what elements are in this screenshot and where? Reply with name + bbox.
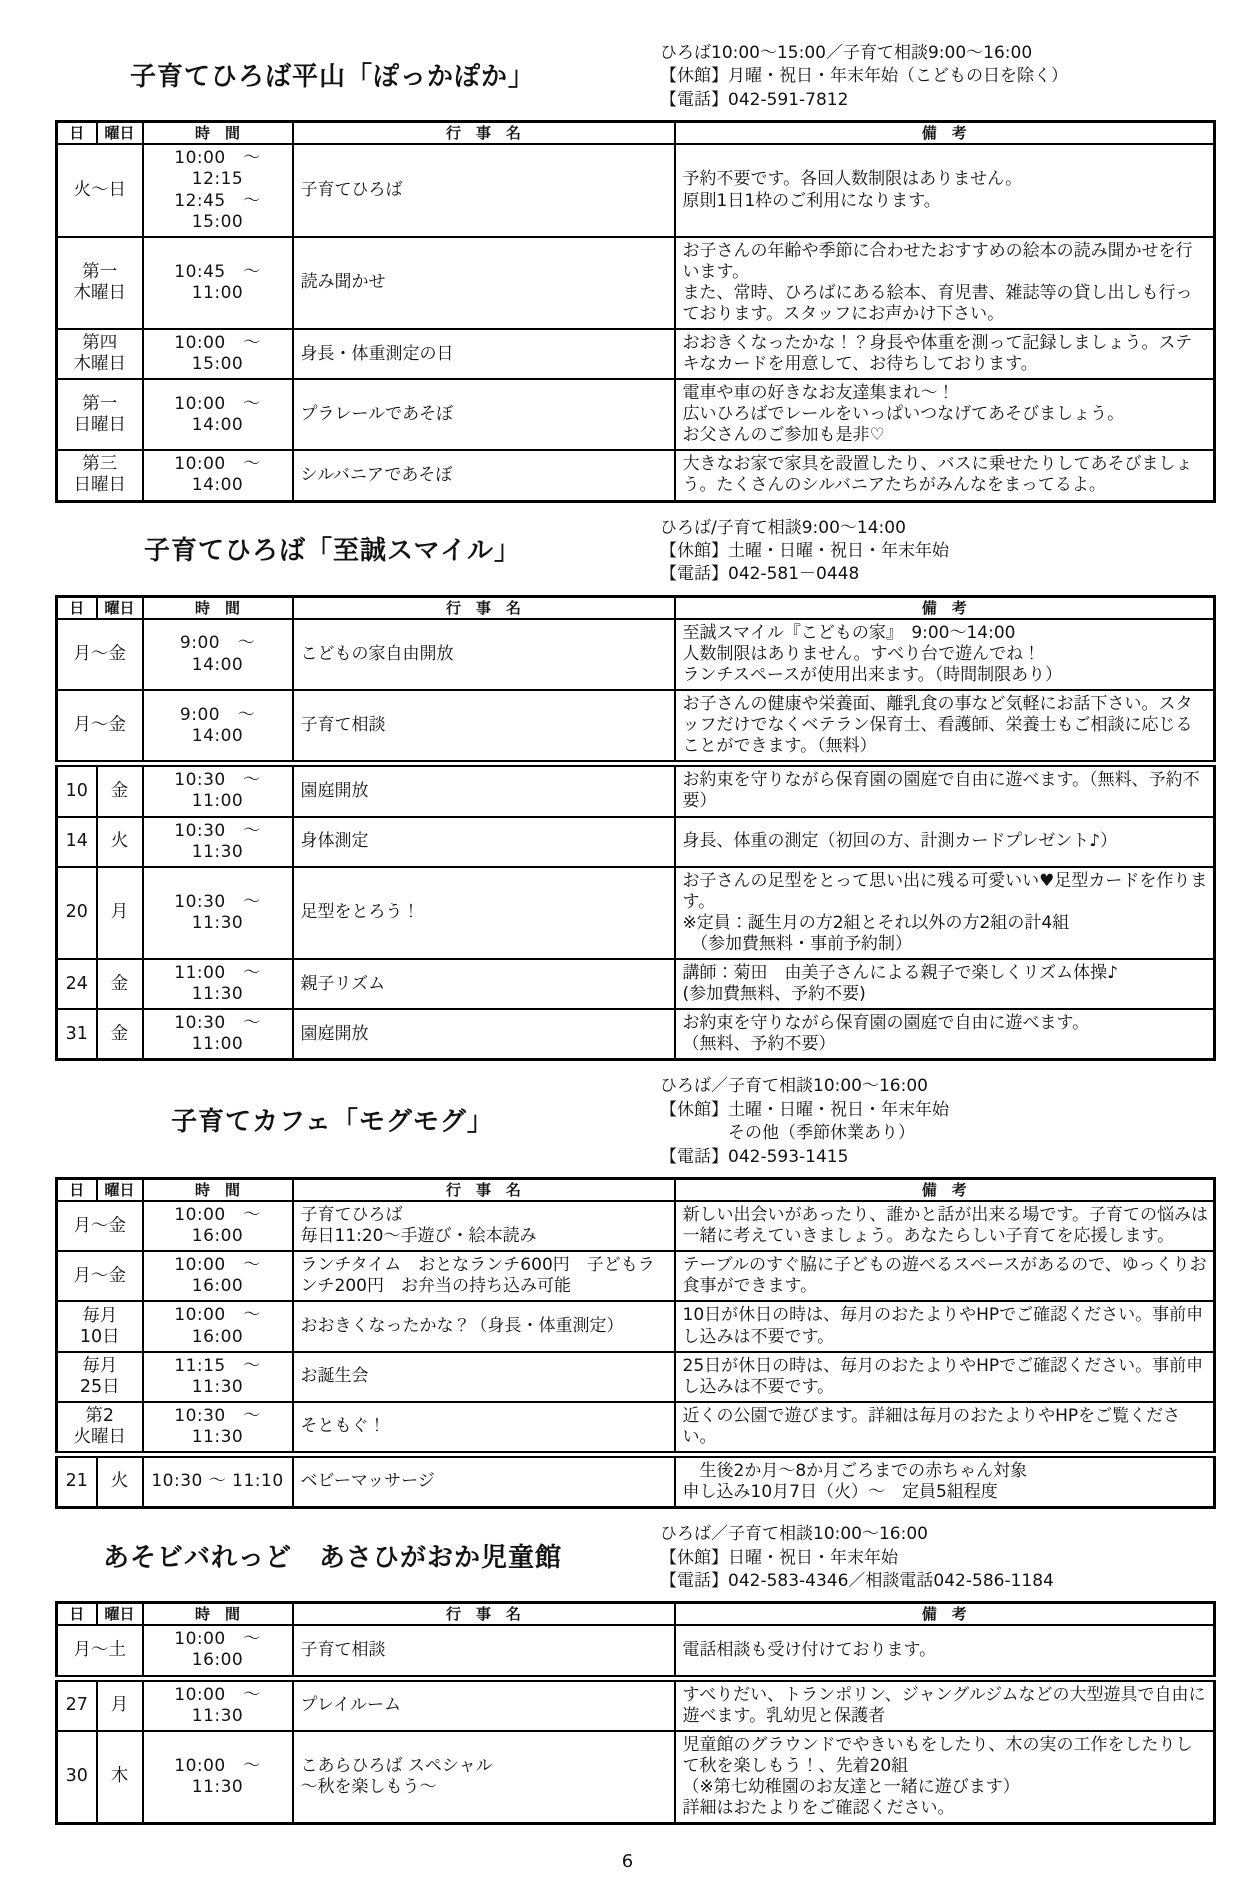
remark-line: お子さんの健康や栄養面、離乳食の事など気軽にお話下さい。スタッフだけでなくベテラ… bbox=[683, 694, 1210, 757]
time-line: 9:00 ～ 14:00 bbox=[148, 705, 288, 747]
remark-line: 至誠スマイル『こどもの家』 9:00～14:00 bbox=[683, 623, 1210, 644]
day-line: 月～金 bbox=[62, 644, 138, 665]
cell-remarks: 近くの公園で遊びます。詳細は毎月のおたよりやHPをご覧ください。 bbox=[675, 1402, 1215, 1455]
event-line: 足型をとろう！ bbox=[301, 902, 670, 923]
day-line: 10日 bbox=[62, 1327, 138, 1348]
day-line: 25日 bbox=[62, 1377, 138, 1398]
cell-day: 月～金 bbox=[57, 1251, 143, 1301]
cell-time: 10:00 ～ 14:00 bbox=[143, 450, 293, 501]
remark-line: (参加費無料、予約不要) bbox=[683, 984, 1210, 1005]
table-head: 日曜日時 間行 事 名備 考 bbox=[57, 1603, 1215, 1626]
facility-section: 子育てカフェ「モグモグ」ひろば／子育て相談10:00～16:00【休館】土曜・日… bbox=[0, 1075, 1255, 1509]
cell-time: 10:00 ～ 16:00 bbox=[143, 1251, 293, 1301]
table-row: 第三日曜日10:00 ～ 14:00シルバニアであそぼ大きなお家で家具を設置した… bbox=[57, 450, 1215, 501]
cell-time: 10:45 ～ 11:00 bbox=[143, 237, 293, 329]
cell-event: 身体測定 bbox=[293, 817, 675, 867]
col-header-weekday: 曜日 bbox=[97, 1603, 143, 1626]
cell-time: 10:30 ～ 11:30 bbox=[143, 1402, 293, 1455]
facility-section: 子育てひろば平山「ぽっかぽか」ひろば10:00～15:00／子育て相談9:00～… bbox=[0, 42, 1255, 503]
cell-weekday: 金 bbox=[97, 959, 143, 1009]
remark-line: また、常時、ひろばにある絵本、育児書、雑誌等の貸し出しも行っております。スタッフ… bbox=[683, 283, 1210, 325]
day-line: 21 bbox=[62, 1471, 92, 1492]
remark-line: 大きなお家で家具を設置したり、バスに乗せたりしてあそびましょう。たくさんのシルバ… bbox=[683, 454, 1210, 496]
event-line: ベビーマッサージ bbox=[301, 1471, 670, 1492]
facility-section: 子育てひろば「至誠スマイル」ひろば/子育て相談9:00～14:00【休館】土曜・… bbox=[0, 517, 1255, 1062]
table-row: 10金10:30 ～ 11:00園庭開放お約束を守りながら保育園の園庭で自由に遊… bbox=[57, 764, 1215, 817]
event-line: お誕生会 bbox=[301, 1366, 670, 1387]
table-row: 31金10:30 ～ 11:00園庭開放お約束を守りながら保育園の園庭で自由に遊… bbox=[57, 1009, 1215, 1060]
schedule-table: 日曜日時 間行 事 名備 考月～金9:00 ～ 14:00こどもの家自由開放至誠… bbox=[55, 595, 1216, 1061]
time-line: 10:00 ～ 16:00 bbox=[148, 1205, 288, 1247]
remark-line: 生後2か月～8か月ごろまでの赤ちゃん対象 bbox=[683, 1461, 1210, 1482]
cell-event: 子育て相談 bbox=[293, 1625, 675, 1678]
cell-day: 第一日曜日 bbox=[57, 379, 143, 450]
time-line: 10:30 ～ 11:00 bbox=[148, 770, 288, 812]
section-info: ひろば／子育て相談10:00～16:00【休館】土曜・日曜・祝日・年末年始 その… bbox=[610, 1075, 1213, 1169]
cell-time: 9:00 ～ 14:00 bbox=[143, 619, 293, 690]
info-line: ひろば／子育て相談10:00～16:00 bbox=[660, 1075, 1213, 1098]
col-header-remarks: 備 考 bbox=[675, 122, 1215, 145]
table-row: 14火10:30 ～ 11:30身体測定身長、体重の測定（初回の方、計測カードプ… bbox=[57, 817, 1215, 867]
cell-remarks: 電話相談も受け付けております。 bbox=[675, 1625, 1215, 1678]
cell-day: 月～金 bbox=[57, 619, 143, 690]
cell-weekday: 金 bbox=[97, 764, 143, 817]
remark-line: 人数制限はありません。すべり台で遊んでね！ bbox=[683, 644, 1210, 665]
cell-event: ランチタイム おとなランチ600円 子どもランチ200円 お弁当の持ち込み可能 bbox=[293, 1251, 675, 1301]
time-line: 10:30 ～ 11:30 bbox=[148, 1406, 288, 1448]
event-line: プレイルーム bbox=[301, 1695, 670, 1716]
info-line: その他（季節休業あり） bbox=[660, 1122, 1213, 1145]
table-row: 第四木曜日10:00 ～ 15:00身長・体重測定の日おおきくなったかな！？身長… bbox=[57, 329, 1215, 379]
time-line: 10:00 ～ 14:00 bbox=[148, 394, 288, 436]
info-line: 【休館】月曜・祝日・年末年始（こどもの日を除く） bbox=[660, 65, 1213, 88]
cell-day: 第三日曜日 bbox=[57, 450, 143, 501]
schedule-sections: 子育てひろば平山「ぽっかぽか」ひろば10:00～15:00／子育て相談9:00～… bbox=[0, 42, 1255, 1825]
cell-time: 9:00 ～ 14:00 bbox=[143, 690, 293, 764]
cell-remarks: お約束を守りながら保育園の園庭で自由に遊べます。（無料、予約不要） bbox=[675, 1009, 1215, 1060]
cell-time: 11:15 ～ 11:30 bbox=[143, 1352, 293, 1402]
table-row: 20月10:30 ～ 11:30足型をとろう！お子さんの足型をとって思い出に残る… bbox=[57, 867, 1215, 959]
table-head: 日曜日時 間行 事 名備 考 bbox=[57, 596, 1215, 619]
cell-remarks: お子さんの年齢や季節に合わせたおすすめの絵本の読み聞かせを行います。また、常時、… bbox=[675, 237, 1215, 329]
cell-remarks: 新しい出会いがあったり、誰かと話が出来る場です。子育ての悩みは一緒に考えていきま… bbox=[675, 1201, 1215, 1251]
table-row: 第一日曜日10:00 ～ 14:00プラレールであそぼ電車や車の好きなお友達集ま… bbox=[57, 379, 1215, 450]
cell-time: 11:00 ～ 11:30 bbox=[143, 959, 293, 1009]
section-info: ひろば/子育て相談9:00～14:00【休館】土曜・日曜・祝日・年末年始【電話】… bbox=[610, 517, 1213, 587]
remark-line: お父さんのご参加も是非♡ bbox=[683, 425, 1210, 446]
cell-remarks: すべりだい、トランポリン、ジャングルジムなどの大型遊具で自由に遊べます。乳幼児と… bbox=[675, 1678, 1215, 1731]
event-line: ～秋を楽しもう～ bbox=[301, 1777, 670, 1798]
col-header-weekday: 曜日 bbox=[97, 122, 143, 145]
cell-day: 火～日 bbox=[57, 144, 143, 236]
remark-line: 10日が休日の時は、毎月のおたよりやHPでご確認ください。事前申し込みは不要です… bbox=[683, 1305, 1210, 1347]
event-line: こどもの家自由開放 bbox=[301, 644, 670, 665]
time-line: 9:00 ～ 14:00 bbox=[148, 633, 288, 675]
col-header-time: 時 間 bbox=[143, 596, 293, 619]
remark-line: おおきくなったかな！？身長や体重を測って記録しましょう。ステキなカードを用意して… bbox=[683, 333, 1210, 375]
day-line: 月～金 bbox=[62, 1216, 138, 1237]
table-body: 月～土10:00 ～ 16:00子育て相談電話相談も受け付けております。27月1… bbox=[57, 1625, 1215, 1823]
cell-time: 10:00 ～ 16:00 bbox=[143, 1625, 293, 1678]
remark-line: お約束を守りながら保育園の園庭で自由に遊べます。（無料、予約不要） bbox=[683, 770, 1210, 812]
event-line: おおきくなったかな？（身長・体重測定） bbox=[301, 1316, 670, 1337]
day-line: 第一 bbox=[62, 262, 138, 283]
cell-remarks: 25日が休日の時は、毎月のおたよりやHPでご確認ください。事前申し込みは不要です… bbox=[675, 1352, 1215, 1402]
cell-time: 10:00 ～ 15:00 bbox=[143, 329, 293, 379]
cell-remarks: お約束を守りながら保育園の園庭で自由に遊べます。（無料、予約不要） bbox=[675, 764, 1215, 817]
table-row: 21火10:30 ～ 11:10ベビーマッサージ 生後2か月～8か月ごろまでの赤… bbox=[57, 1454, 1215, 1507]
remark-line: 原則1日1枠のご利用になります。 bbox=[683, 191, 1210, 212]
time-line: 10:00 ～ 16:00 bbox=[148, 1305, 288, 1347]
time-line: 11:00 ～ 11:30 bbox=[148, 963, 288, 1005]
info-line: 【電話】042-593-1415 bbox=[660, 1146, 1213, 1169]
cell-event: ベビーマッサージ bbox=[293, 1454, 675, 1507]
cell-time: 10:30 ～ 11:00 bbox=[143, 764, 293, 817]
col-header-day: 日 bbox=[57, 1603, 97, 1626]
day-line: 第四 bbox=[62, 333, 138, 354]
time-line: 10:30 ～ 11:30 bbox=[148, 892, 288, 934]
cell-event: 足型をとろう！ bbox=[293, 867, 675, 959]
header-row: 日曜日時 間行 事 名備 考 bbox=[57, 596, 1215, 619]
table-body: 月～金10:00 ～ 16:00子育てひろば毎日11:20～手遊び・絵本読み新し… bbox=[57, 1201, 1215, 1507]
section-header: 子育てカフェ「モグモグ」ひろば／子育て相談10:00～16:00【休館】土曜・日… bbox=[55, 1075, 1213, 1169]
event-line: こあらひろば スペシャル bbox=[301, 1756, 670, 1777]
remark-line: 新しい出会いがあったり、誰かと話が出来る場です。子育ての悩みは一緒に考えていきま… bbox=[683, 1205, 1210, 1247]
time-line: 12:45 ～ 15:00 bbox=[148, 191, 288, 233]
remark-line: お子さんの年齢や季節に合わせたおすすめの絵本の読み聞かせを行います。 bbox=[683, 241, 1210, 283]
cell-time: 10:30 ～ 11:30 bbox=[143, 817, 293, 867]
cell-day: 10 bbox=[57, 764, 97, 817]
day-line: 27 bbox=[62, 1695, 92, 1716]
day-line: 14 bbox=[62, 831, 92, 852]
cell-time: 10:30 ～ 11:00 bbox=[143, 1009, 293, 1060]
info-line: 【休館】土曜・日曜・祝日・年末年始 bbox=[660, 1099, 1213, 1122]
cell-day: 24 bbox=[57, 959, 97, 1009]
col-header-remarks: 備 考 bbox=[675, 596, 1215, 619]
day-line: 火曜日 bbox=[62, 1427, 138, 1448]
cell-event: 子育てひろば bbox=[293, 144, 675, 236]
cell-day: 毎月10日 bbox=[57, 1301, 143, 1351]
remark-line: 講師：菊田 由美子さんによる親子で楽しくリズム体操♪ bbox=[683, 963, 1210, 984]
event-line: 読み聞かせ bbox=[301, 272, 670, 293]
cell-day: 27 bbox=[57, 1678, 97, 1731]
day-line: 10 bbox=[62, 781, 92, 802]
day-line: 日曜日 bbox=[62, 415, 138, 436]
time-line: 10:30 ～ 11:30 bbox=[148, 821, 288, 863]
col-header-event: 行 事 名 bbox=[293, 122, 675, 145]
remark-line: 電話相談も受け付けております。 bbox=[683, 1640, 1210, 1661]
day-line: 火～日 bbox=[62, 180, 138, 201]
day-line: 31 bbox=[62, 1024, 92, 1045]
col-header-day: 日 bbox=[57, 1179, 97, 1202]
cell-time: 10:00 ～ 11:30 bbox=[143, 1731, 293, 1824]
table-body: 月～金9:00 ～ 14:00こどもの家自由開放至誠スマイル『こどもの家』 9:… bbox=[57, 619, 1215, 1060]
cell-time: 10:00 ～ 11:30 bbox=[143, 1678, 293, 1731]
section-info: ひろば10:00～15:00／子育て相談9:00～16:00【休館】月曜・祝日・… bbox=[610, 42, 1213, 112]
table-row: 毎月10日10:00 ～ 16:00おおきくなったかな？（身長・体重測定）10日… bbox=[57, 1301, 1215, 1351]
info-line: ひろば／子育て相談10:00～16:00 bbox=[660, 1523, 1213, 1546]
event-line: そともぐ！ bbox=[301, 1416, 670, 1437]
remark-line: 身長、体重の測定（初回の方、計測カードプレゼント♪） bbox=[683, 831, 1210, 852]
cell-event: こどもの家自由開放 bbox=[293, 619, 675, 690]
cell-weekday: 火 bbox=[97, 817, 143, 867]
cell-remarks: おおきくなったかな！？身長や体重を測って記録しましょう。ステキなカードを用意して… bbox=[675, 329, 1215, 379]
section-title: 子育てカフェ「モグモグ」 bbox=[55, 1107, 610, 1138]
cell-day: 月～金 bbox=[57, 690, 143, 764]
info-line: 【電話】042-591-7812 bbox=[660, 89, 1213, 112]
day-line: 毎月 bbox=[62, 1356, 138, 1377]
table-row: 30木10:00 ～ 11:30こあらひろば スペシャル～秋を楽しもう～児童館の… bbox=[57, 1731, 1215, 1824]
cell-event: シルバニアであそぼ bbox=[293, 450, 675, 501]
cell-day: 月～金 bbox=[57, 1201, 143, 1251]
col-header-weekday: 曜日 bbox=[97, 1179, 143, 1202]
section-title: 子育てひろば平山「ぽっかぽか」 bbox=[55, 62, 610, 93]
cell-time: 10:30 ～ 11:10 bbox=[143, 1454, 293, 1507]
cell-remarks: 身長、体重の測定（初回の方、計測カードプレゼント♪） bbox=[675, 817, 1215, 867]
day-line: 木曜日 bbox=[62, 283, 138, 304]
table-row: 月～金10:00 ～ 16:00ランチタイム おとなランチ600円 子どもランチ… bbox=[57, 1251, 1215, 1301]
day-line: 月～金 bbox=[62, 1266, 138, 1287]
col-header-time: 時 間 bbox=[143, 1603, 293, 1626]
cell-event: プラレールであそぼ bbox=[293, 379, 675, 450]
schedule-table: 日曜日時 間行 事 名備 考月～土10:00 ～ 16:00子育て相談電話相談も… bbox=[55, 1601, 1216, 1825]
remark-line: （無料、予約不要） bbox=[683, 1034, 1210, 1055]
header-row: 日曜日時 間行 事 名備 考 bbox=[57, 1179, 1215, 1202]
remark-line: ※定員：誕生月の方2組とそれ以外の方2組の計4組 bbox=[683, 913, 1210, 934]
cell-time: 10:00 ～ 16:00 bbox=[143, 1301, 293, 1351]
cell-remarks: 10日が休日の時は、毎月のおたよりやHPでご確認ください。事前申し込みは不要です… bbox=[675, 1301, 1215, 1351]
col-header-weekday: 曜日 bbox=[97, 596, 143, 619]
col-header-event: 行 事 名 bbox=[293, 596, 675, 619]
event-line: 毎日11:20～手遊び・絵本読み bbox=[301, 1226, 670, 1247]
col-header-day: 日 bbox=[57, 122, 97, 145]
cell-event: 読み聞かせ bbox=[293, 237, 675, 329]
cell-remarks: 講師：菊田 由美子さんによる親子で楽しくリズム体操♪(参加費無料、予約不要) bbox=[675, 959, 1215, 1009]
cell-remarks: 生後2か月～8か月ごろまでの赤ちゃん対象申し込み10月7日（火）～ 定員5組程度 bbox=[675, 1454, 1215, 1507]
cell-time: 10:00 ～ 16:00 bbox=[143, 1201, 293, 1251]
table-row: 火～日10:00 ～ 12:1512:45 ～ 15:00子育てひろば予約不要で… bbox=[57, 144, 1215, 236]
section-info: ひろば／子育て相談10:00～16:00【休館】日曜・祝日・年末年始【電話】04… bbox=[610, 1523, 1213, 1593]
page-number: 6 bbox=[0, 1851, 1255, 1892]
cell-event: 園庭開放 bbox=[293, 764, 675, 817]
col-header-event: 行 事 名 bbox=[293, 1603, 675, 1626]
remark-line: 25日が休日の時は、毎月のおたよりやHPでご確認ください。事前申し込みは不要です… bbox=[683, 1356, 1210, 1398]
col-header-remarks: 備 考 bbox=[675, 1179, 1215, 1202]
cell-weekday: 月 bbox=[97, 867, 143, 959]
info-line: ひろば/子育て相談9:00～14:00 bbox=[660, 517, 1213, 540]
remark-line: （参加費無料・事前予約制） bbox=[683, 934, 1210, 955]
table-body: 火～日10:00 ～ 12:1512:45 ～ 15:00子育てひろば予約不要で… bbox=[57, 144, 1215, 501]
event-line: ランチタイム おとなランチ600円 子どもランチ200円 お弁当の持ち込み可能 bbox=[301, 1255, 670, 1297]
cell-day: 月～土 bbox=[57, 1625, 143, 1678]
cell-weekday: 金 bbox=[97, 1009, 143, 1060]
day-line: 第三 bbox=[62, 454, 138, 475]
cell-event: お誕生会 bbox=[293, 1352, 675, 1402]
cell-time: 10:30 ～ 11:30 bbox=[143, 867, 293, 959]
cell-weekday: 火 bbox=[97, 1454, 143, 1507]
event-line: 園庭開放 bbox=[301, 1024, 670, 1045]
time-line: 10:45 ～ 11:00 bbox=[148, 262, 288, 304]
info-line: ひろば10:00～15:00／子育て相談9:00～16:00 bbox=[660, 42, 1213, 65]
day-line: 月～土 bbox=[62, 1640, 138, 1661]
info-line: 【電話】042-583-4346／相談電話042-586-1184 bbox=[660, 1570, 1213, 1593]
table-head: 日曜日時 間行 事 名備 考 bbox=[57, 1179, 1215, 1202]
event-line: プラレールであそぼ bbox=[301, 404, 670, 425]
table-row: 第2火曜日10:30 ～ 11:30そともぐ！近くの公園で遊びます。詳細は毎月の… bbox=[57, 1402, 1215, 1455]
event-line: 子育て相談 bbox=[301, 715, 670, 736]
cell-remarks: 予約不要です。各回人数制限はありません。原則1日1枠のご利用になります。 bbox=[675, 144, 1215, 236]
remark-line: 児童館のグラウンドでやきいもをしたり、木の実の工作をしたりして秋を楽しもう！、先… bbox=[683, 1735, 1210, 1777]
section-header: 子育てひろば「至誠スマイル」ひろば/子育て相談9:00～14:00【休館】土曜・… bbox=[55, 517, 1213, 587]
section-title: 子育てひろば「至誠スマイル」 bbox=[55, 536, 610, 567]
cell-weekday: 月 bbox=[97, 1678, 143, 1731]
section-header: 子育てひろば平山「ぽっかぽか」ひろば10:00～15:00／子育て相談9:00～… bbox=[55, 42, 1213, 112]
day-line: 日曜日 bbox=[62, 475, 138, 496]
event-line: 身体測定 bbox=[301, 831, 670, 852]
cell-day: 20 bbox=[57, 867, 97, 959]
time-line: 10:30 ～ 11:10 bbox=[148, 1471, 288, 1492]
cell-remarks: 電車や車の好きなお友達集まれ～！広いひろばでレールをいっぱいつなげてあそびましょ… bbox=[675, 379, 1215, 450]
time-line: 10:00 ～ 12:15 bbox=[148, 148, 288, 190]
event-line: 身長・体重測定の日 bbox=[301, 344, 670, 365]
schedule-page: 子育てひろば平山「ぽっかぽか」ひろば10:00～15:00／子育て相談9:00～… bbox=[0, 0, 1255, 1892]
remark-line: すべりだい、トランポリン、ジャングルジムなどの大型遊具で自由に遊べます。乳幼児と… bbox=[683, 1685, 1210, 1727]
cell-remarks: お子さんの健康や栄養面、離乳食の事など気軽にお話下さい。スタッフだけでなくベテラ… bbox=[675, 690, 1215, 764]
cell-day: 第四木曜日 bbox=[57, 329, 143, 379]
cell-event: そともぐ！ bbox=[293, 1402, 675, 1455]
day-line: 第一 bbox=[62, 394, 138, 415]
table-row: 毎月25日11:15 ～ 11:30お誕生会25日が休日の時は、毎月のおたよりや… bbox=[57, 1352, 1215, 1402]
event-line: シルバニアであそぼ bbox=[301, 465, 670, 486]
cell-day: 31 bbox=[57, 1009, 97, 1060]
header-row: 日曜日時 間行 事 名備 考 bbox=[57, 1603, 1215, 1626]
cell-remarks: 至誠スマイル『こどもの家』 9:00～14:00人数制限はありません。すべり台で… bbox=[675, 619, 1215, 690]
remark-line: 電車や車の好きなお友達集まれ～！ bbox=[683, 383, 1210, 404]
time-line: 10:00 ～ 16:00 bbox=[148, 1629, 288, 1671]
day-line: 30 bbox=[62, 1766, 92, 1787]
remark-line: 近くの公園で遊びます。詳細は毎月のおたよりやHPをご覧ください。 bbox=[683, 1406, 1210, 1448]
cell-day: 毎月25日 bbox=[57, 1352, 143, 1402]
remark-line: 広いひろばでレールをいっぱいつなげてあそびましょう。 bbox=[683, 404, 1210, 425]
remark-line: お約束を守りながら保育園の園庭で自由に遊べます。 bbox=[683, 1013, 1210, 1034]
table-row: 月～金9:00 ～ 14:00こどもの家自由開放至誠スマイル『こどもの家』 9:… bbox=[57, 619, 1215, 690]
section-title: あそビバれっど あさひがおか児童館 bbox=[55, 1543, 610, 1574]
cell-event: 子育て相談 bbox=[293, 690, 675, 764]
col-header-event: 行 事 名 bbox=[293, 1179, 675, 1202]
remark-line: 申し込み10月7日（火）～ 定員5組程度 bbox=[683, 1482, 1210, 1503]
cell-event: こあらひろば スペシャル～秋を楽しもう～ bbox=[293, 1731, 675, 1824]
cell-event: おおきくなったかな？（身長・体重測定） bbox=[293, 1301, 675, 1351]
cell-day: 14 bbox=[57, 817, 97, 867]
cell-remarks: お子さんの足型をとって思い出に残る可愛いい♥足型カードを作ります。※定員：誕生月… bbox=[675, 867, 1215, 959]
cell-event: 園庭開放 bbox=[293, 1009, 675, 1060]
remark-line: テーブルのすぐ脇に子どもの遊べるスペースがあるので、ゆっくりお食事ができます。 bbox=[683, 1255, 1210, 1297]
time-line: 10:00 ～ 16:00 bbox=[148, 1255, 288, 1297]
table-row: 27月10:00 ～ 11:30プレイルームすべりだい、トランポリン、ジャングル… bbox=[57, 1678, 1215, 1731]
table-row: 月～金9:00 ～ 14:00子育て相談お子さんの健康や栄養面、離乳食の事など気… bbox=[57, 690, 1215, 764]
remark-line: お子さんの足型をとって思い出に残る可愛いい♥足型カードを作ります。 bbox=[683, 871, 1210, 913]
cell-event: 子育てひろば毎日11:20～手遊び・絵本読み bbox=[293, 1201, 675, 1251]
event-line: 子育て相談 bbox=[301, 1640, 670, 1661]
cell-time: 10:00 ～ 12:1512:45 ～ 15:00 bbox=[143, 144, 293, 236]
day-line: 第2 bbox=[62, 1406, 138, 1427]
time-line: 10:00 ～ 11:30 bbox=[148, 1756, 288, 1798]
schedule-table: 日曜日時 間行 事 名備 考火～日10:00 ～ 12:1512:45 ～ 15… bbox=[55, 120, 1216, 502]
section-header: あそビバれっど あさひがおか児童館ひろば／子育て相談10:00～16:00【休館… bbox=[55, 1523, 1213, 1593]
time-line: 10:00 ～ 15:00 bbox=[148, 333, 288, 375]
cell-remarks: 児童館のグラウンドでやきいもをしたり、木の実の工作をしたりして秋を楽しもう！、先… bbox=[675, 1731, 1215, 1824]
cell-day: 21 bbox=[57, 1454, 97, 1507]
day-line: 月～金 bbox=[62, 715, 138, 736]
cell-remarks: 大きなお家で家具を設置したり、バスに乗せたりしてあそびましょう。たくさんのシルバ… bbox=[675, 450, 1215, 501]
event-line: 子育てひろば bbox=[301, 180, 670, 201]
event-line: 園庭開放 bbox=[301, 781, 670, 802]
remark-line: （※第七幼稚園のお友達と一緒に遊びます） bbox=[683, 1777, 1210, 1798]
info-line: 【電話】042-581－0448 bbox=[660, 563, 1213, 586]
time-line: 10:30 ～ 11:00 bbox=[148, 1013, 288, 1055]
info-line: 【休館】日曜・祝日・年末年始 bbox=[660, 1547, 1213, 1570]
col-header-time: 時 間 bbox=[143, 1179, 293, 1202]
remark-line: 予約不要です。各回人数制限はありません。 bbox=[683, 169, 1210, 190]
table-row: 月～金10:00 ～ 16:00子育てひろば毎日11:20～手遊び・絵本読み新し… bbox=[57, 1201, 1215, 1251]
cell-weekday: 木 bbox=[97, 1731, 143, 1824]
event-line: 親子リズム bbox=[301, 974, 670, 995]
day-line: 木曜日 bbox=[62, 354, 138, 375]
cell-day: 第2火曜日 bbox=[57, 1402, 143, 1455]
cell-day: 30 bbox=[57, 1731, 97, 1824]
time-line: 10:00 ～ 14:00 bbox=[148, 454, 288, 496]
time-line: 11:15 ～ 11:30 bbox=[148, 1356, 288, 1398]
day-line: 毎月 bbox=[62, 1306, 138, 1327]
cell-event: 身長・体重測定の日 bbox=[293, 329, 675, 379]
remark-line: ランチスペースが使用出来ます。（時間制限あり） bbox=[683, 665, 1210, 686]
time-line: 10:00 ～ 11:30 bbox=[148, 1685, 288, 1727]
cell-remarks: テーブルのすぐ脇に子どもの遊べるスペースがあるので、ゆっくりお食事ができます。 bbox=[675, 1251, 1215, 1301]
schedule-table: 日曜日時 間行 事 名備 考月～金10:00 ～ 16:00子育てひろば毎日11… bbox=[55, 1177, 1216, 1509]
cell-event: プレイルーム bbox=[293, 1678, 675, 1731]
table-head: 日曜日時 間行 事 名備 考 bbox=[57, 122, 1215, 145]
table-row: 第一木曜日10:45 ～ 11:00読み聞かせお子さんの年齢や季節に合わせたおす… bbox=[57, 237, 1215, 329]
col-header-time: 時 間 bbox=[143, 122, 293, 145]
cell-day: 第一木曜日 bbox=[57, 237, 143, 329]
event-line: 子育てひろば bbox=[301, 1205, 670, 1226]
remark-line: 詳細はおたよりをご確認ください。 bbox=[683, 1798, 1210, 1819]
col-header-day: 日 bbox=[57, 596, 97, 619]
day-line: 24 bbox=[62, 974, 92, 995]
cell-time: 10:00 ～ 14:00 bbox=[143, 379, 293, 450]
day-line: 20 bbox=[62, 902, 92, 923]
info-line: 【休館】土曜・日曜・祝日・年末年始 bbox=[660, 540, 1213, 563]
cell-event: 親子リズム bbox=[293, 959, 675, 1009]
header-row: 日曜日時 間行 事 名備 考 bbox=[57, 122, 1215, 145]
table-row: 月～土10:00 ～ 16:00子育て相談電話相談も受け付けております。 bbox=[57, 1625, 1215, 1678]
table-row: 24金11:00 ～ 11:30親子リズム講師：菊田 由美子さんによる親子で楽し… bbox=[57, 959, 1215, 1009]
col-header-remarks: 備 考 bbox=[675, 1603, 1215, 1626]
